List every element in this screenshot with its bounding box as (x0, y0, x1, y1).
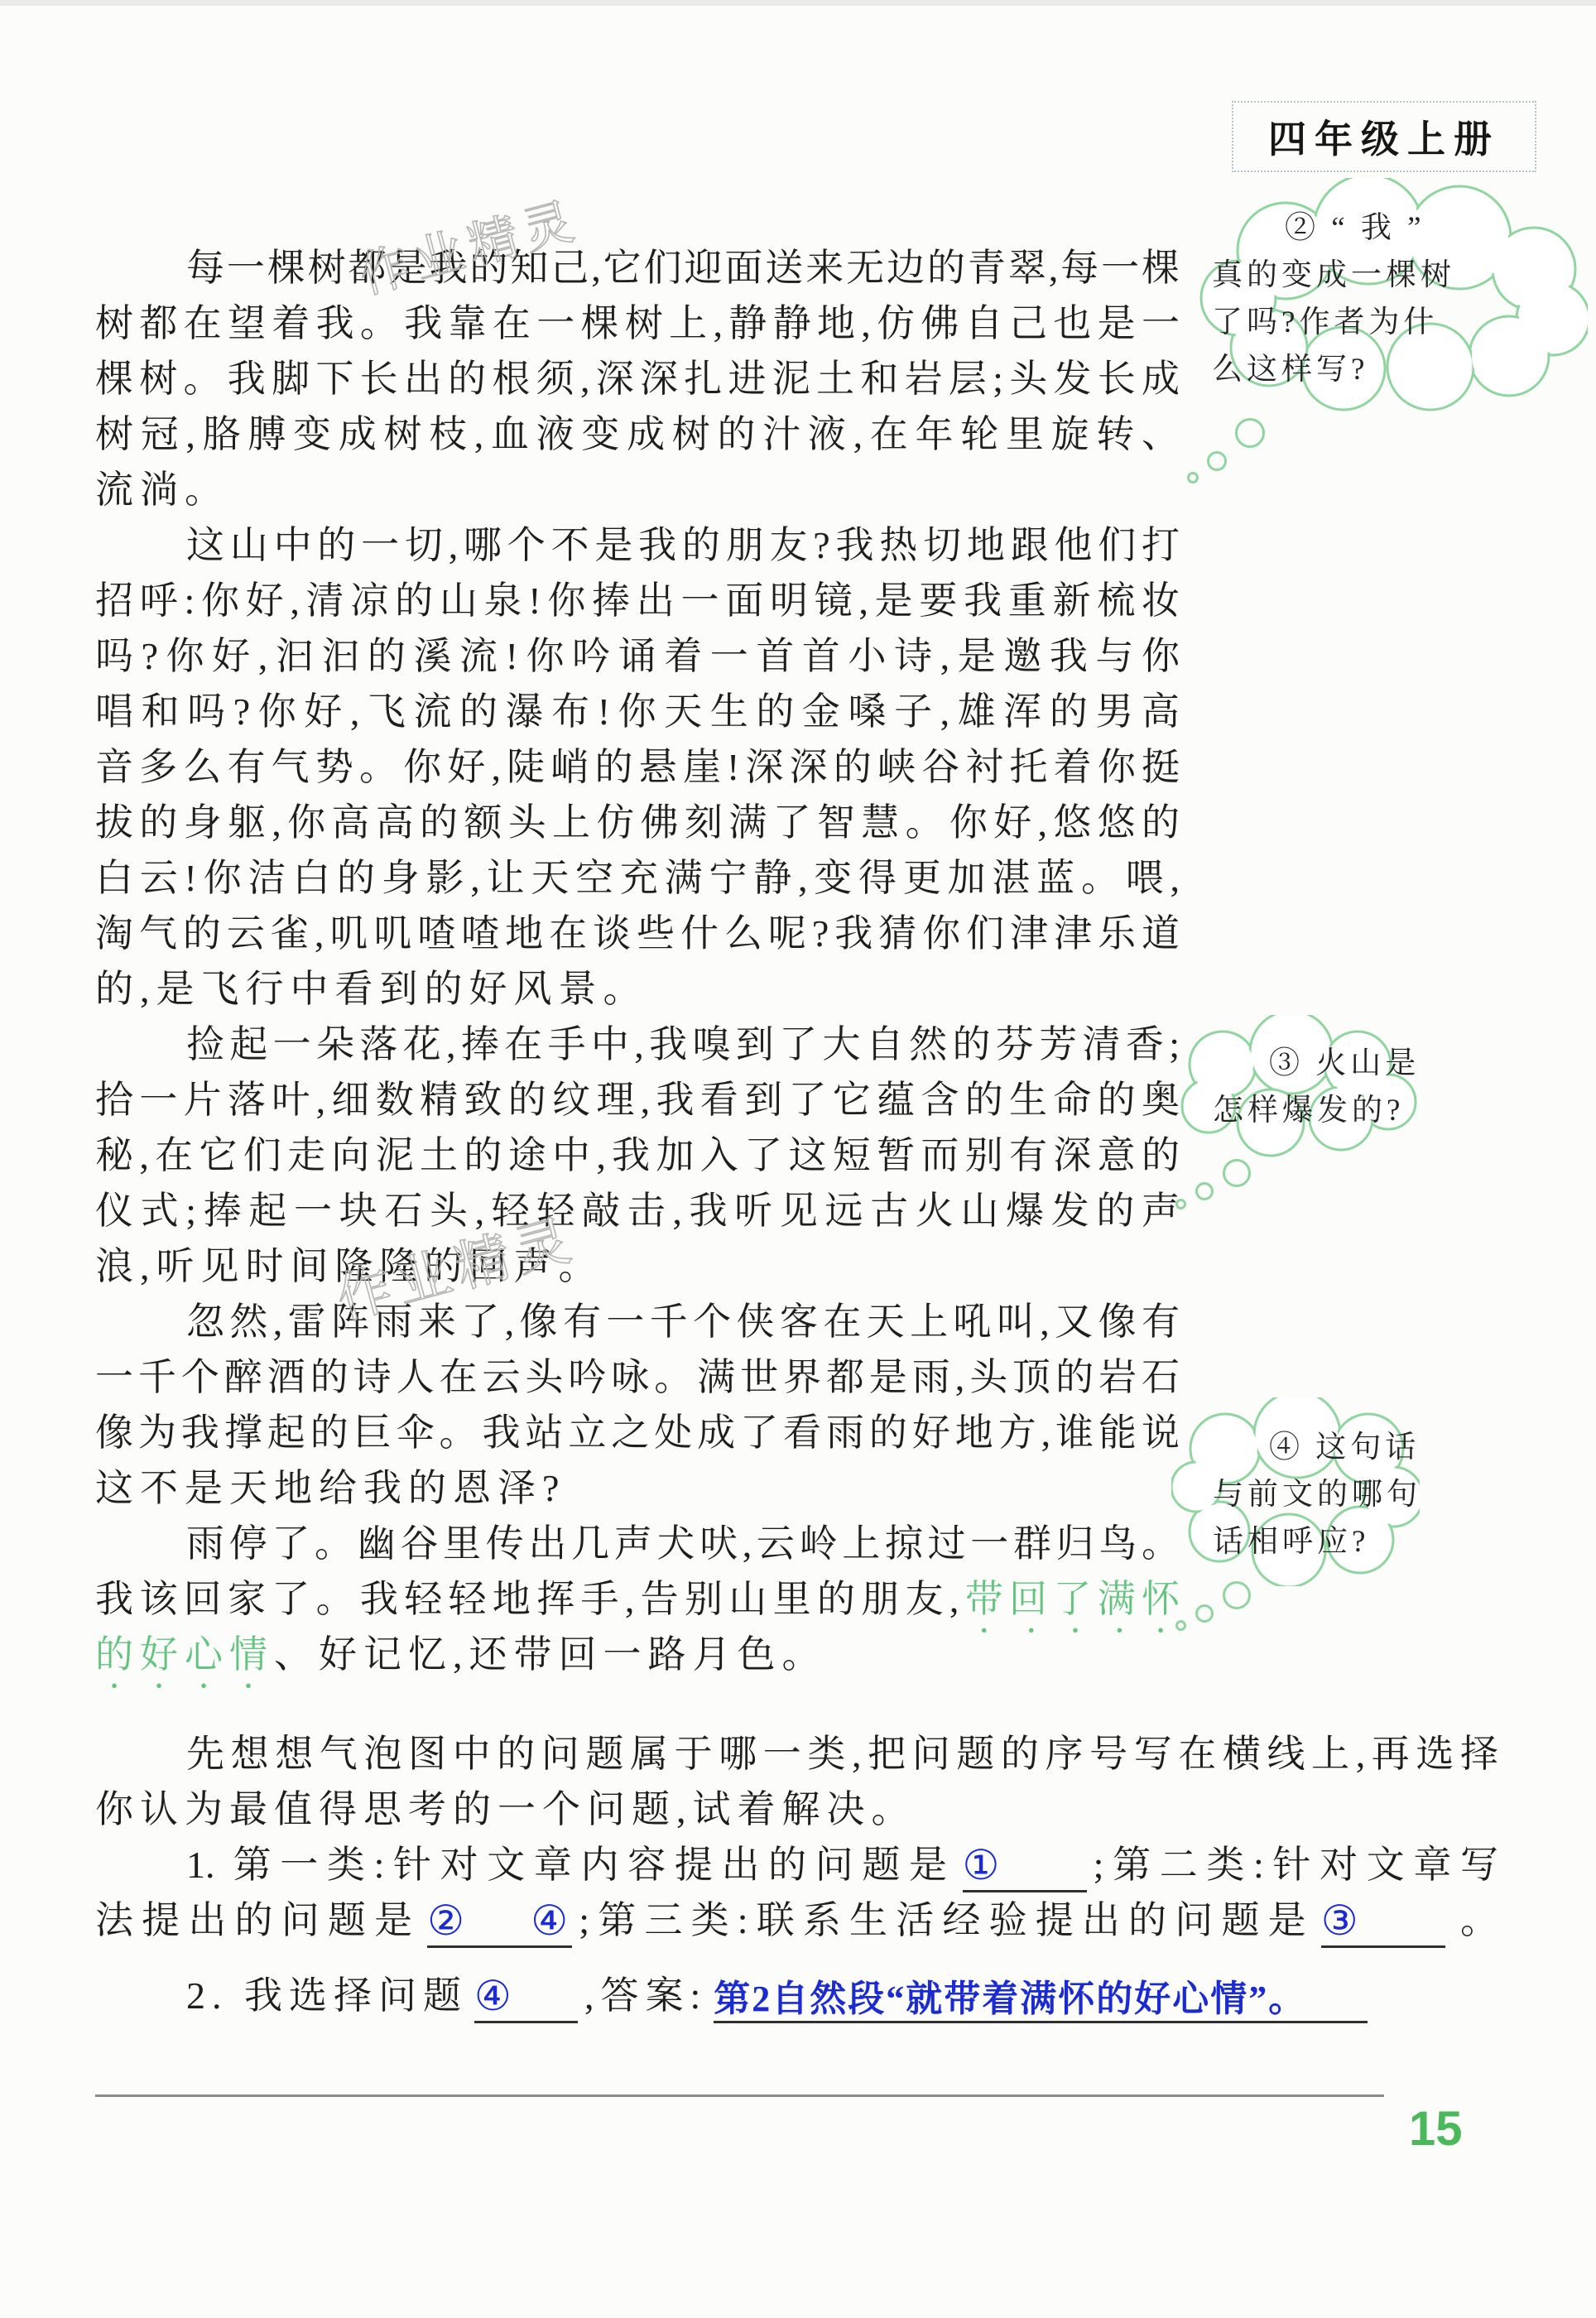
text-run: 忽然,雷阵雨来了,像有一千个侠客在天上吼叫,又像有 (186, 1301, 1180, 1343)
bubble-text-line: 怎样爆发的? (1213, 1087, 1420, 1134)
bubble-question-4: ④ 这句话与前文的哪句话相呼应? (1171, 1397, 1420, 1565)
answer-blank: ③ (1321, 1900, 1445, 1948)
text-run: ;第二类:针对文章写 (1094, 1844, 1498, 1886)
passage-line: 浪,听见时间隆隆的回声。 (95, 1238, 1180, 1294)
bubble-question-3: ③ 火山是怎样爆发的? (1171, 1015, 1420, 1134)
passage-line: 白云!你洁白的身影,让天空充满宁静,变得更加湛蓝。喂, (95, 850, 1180, 906)
thought-bubble-4: ④ 这句话与前文的哪句话相呼应? (1171, 1397, 1420, 1586)
grade-badge-label: 四年级上册 (1268, 109, 1500, 164)
bubble-text-line: ④ 这句话 (1213, 1424, 1420, 1471)
grade-badge: 四年级上册 (1232, 101, 1536, 172)
passage-line: 吗?你好,汩汩的溪流!你吟诵着一首首小诗,是邀我与你 (95, 628, 1180, 684)
text-run: 你认为最值得思考的一个问题,试着解决。 (95, 1788, 916, 1830)
exercise-line: 你认为最值得思考的一个问题,试着解决。 (95, 1782, 1498, 1837)
thought-trail-dot (1195, 1182, 1214, 1200)
passage-line: 秘,在它们走向泥土的途中,我加入了这短暂而别有深意的 (95, 1128, 1180, 1183)
handwritten-answer: ②④ (427, 1897, 572, 1945)
passage-line: 树冠,胳膊变成树枝,血液变成树的汁液,在年轮里旋转、 (95, 406, 1180, 462)
text-run: 一千个醉酒的诗人在云头吟咏。满世界都是雨,头顶的岩石 (95, 1356, 1180, 1398)
text-run: 音多么有气势。你好,陡峭的悬崖!深深的峡谷衬托着你挺 (95, 746, 1180, 788)
thought-trail-dot (1187, 472, 1199, 483)
text-run: 2. 我选择问题 (186, 1974, 468, 2017)
footer-rule (95, 2094, 1384, 2097)
passage-line: 拾一片落叶,细数精致的纹理,我看到了它蕴含的生命的奥 (95, 1072, 1180, 1128)
text-run: 、好记忆,还带回一路月色。 (274, 1633, 827, 1676)
passage-line: 音多么有气势。你好,陡峭的悬崖!深深的峡谷衬托着你挺 (95, 739, 1180, 795)
text-run: 捡起一朵落花,捧在手中,我嗅到了大自然的芬芳清香; (186, 1023, 1180, 1065)
text-run: 像为我撑起的巨伞。我站立之处成了看雨的好地方,谁能说 (95, 1411, 1180, 1454)
thought-trail-dot (1223, 1581, 1251, 1609)
passage-line: 招呼:你好,清凉的山泉!你捧出一面明镜,是要我重新梳妆 (95, 573, 1180, 628)
passage-line: 像为我撑起的巨伞。我站立之处成了看雨的好地方,谁能说 (95, 1405, 1180, 1460)
exercise-line: 2. 我选择问题④,答案:第2自然段“就带着满怀的好心情”。 (95, 1968, 1498, 2023)
passage-line: 唱和吗?你好,飞流的瀑布!你天生的金嗓子,雄浑的男高 (95, 684, 1180, 739)
text-run: 雨停了。幽谷里传出几声犬吠,云岭上掠过一群归鸟。 (186, 1522, 1180, 1565)
passage-line: 的,是飞行中看到的好风景。 (95, 961, 1180, 1017)
textbook-page: 四年级上册 作业精灵 作业精灵 每一棵树都是我的知己,它们迎面送来无边的青翠,每… (0, 0, 1596, 2318)
answer-blank: ① (963, 1844, 1087, 1892)
reading-passage: 每一棵树都是我的知己,它们迎面送来无边的青翠,每一棵树都在望着我。我靠在一棵树上… (95, 240, 1180, 1682)
green-emphasis-text: 的好心情 (95, 1633, 274, 1676)
handwritten-answer: ③ (1321, 1897, 1363, 1945)
text-run: 白云!你洁白的身影,让天空充满宁静,变得更加湛蓝。喂, (95, 857, 1180, 899)
handwritten-answer: ① (963, 1841, 1004, 1889)
exercise-line: 1. 第一类:针对文章内容提出的问题是①;第二类:针对文章写 (95, 1837, 1498, 1892)
passage-line: 我该回家了。我轻轻地挥手,告别山里的朋友,带回了满怀 (95, 1571, 1180, 1627)
text-run: 树都在望着我。我靠在一棵树上,静静地,仿佛自己也是一 (95, 302, 1180, 344)
exercise-section: 先想想气泡图中的问题属于哪一类,把问题的序号写在横线上,再选择你认为最值得思考的… (95, 1726, 1498, 2023)
green-emphasis-text: 带回了满怀 (959, 1578, 1180, 1620)
thought-trail-dot (1195, 1604, 1214, 1623)
thought-trail-dot (1175, 1199, 1186, 1209)
thought-trail-dot (1223, 1159, 1251, 1187)
text-run: 这不是天地给我的恩泽? (95, 1467, 565, 1509)
bubble-text-line: ② “ 我 ” (1212, 204, 1588, 252)
passage-line: 流淌。 (95, 462, 1180, 517)
answer-blank: 第2自然段“就带着满怀的好心情”。 (714, 1975, 1368, 2023)
text-run: 仪式;捧起一块石头,轻轻敲击,我听见远古火山爆发的声 (95, 1190, 1180, 1232)
text-run: 1. 第一类:针对文章内容提出的问题是 (186, 1844, 956, 1886)
text-run: 拾一片落叶,细数精致的纹理,我看到了它蕴含的生命的奥 (95, 1079, 1180, 1121)
handwritten-answer: ④ (474, 1972, 516, 2020)
text-run: 这山中的一切,哪个不是我的朋友?我热切地跟他们打 (186, 524, 1180, 566)
passage-line: 淘气的云雀,叽叽喳喳地在谈些什么呢?我猜你们津津乐道 (95, 906, 1180, 961)
passage-line: 树都在望着我。我靠在一棵树上,静静地,仿佛自己也是一 (95, 296, 1180, 351)
thought-bubble-2: ② “ 我 ”真的变成一棵树了吗?作者为什么这样写? (1199, 178, 1588, 418)
bubble-text-line: ③ 火山是 (1213, 1040, 1420, 1087)
text-run: 招呼:你好,清凉的山泉!你捧出一面明镜,是要我重新梳妆 (95, 579, 1180, 622)
bubble-text-line: 了吗?作者为什 (1212, 299, 1588, 346)
text-run: 吗?你好,汩汩的溪流!你吟诵着一首首小诗,是邀我与你 (95, 635, 1180, 677)
thought-bubble-3: ③ 火山是怎样爆发的? (1171, 1015, 1420, 1160)
bubble-text-line: 真的变成一棵树 (1212, 252, 1588, 299)
text-run: ;第三类:联系生活经验提出的问题是 (579, 1899, 1315, 1941)
text-run: 流淌。 (95, 469, 229, 511)
text-run: ,答案: (584, 1974, 707, 2017)
bubble-text-line: 话相呼应? (1213, 1518, 1420, 1565)
bubble-text-line: 么这样写? (1212, 346, 1588, 393)
passage-line: 捡起一朵落花,捧在手中,我嗅到了大自然的芬芳清香; (95, 1017, 1180, 1072)
passage-line: 这山中的一切,哪个不是我的朋友?我热切地跟他们打 (95, 517, 1180, 573)
passage-line: 雨停了。幽谷里传出几声犬吠,云岭上掠过一群归鸟。 (95, 1516, 1180, 1571)
text-run: 拔的身躯,你高高的额头上仿佛刻满了智慧。你好,悠悠的 (95, 801, 1180, 844)
passage-line: 的好心情、好记忆,还带回一路月色。 (95, 1627, 1180, 1682)
text-run: 的,是飞行中看到的好风景。 (95, 968, 648, 1010)
passage-line: 忽然,雷阵雨来了,像有一千个侠客在天上吼叫,又像有 (95, 1294, 1180, 1349)
text-run: 先想想气泡图中的问题属于哪一类,把问题的序号写在横线上,再选择 (186, 1733, 1498, 1775)
passage-line: 仪式;捧起一块石头,轻轻敲击,我听见远古火山爆发的声 (95, 1183, 1180, 1238)
passage-line: 一千个醉酒的诗人在云头吟咏。满世界都是雨,头顶的岩石 (95, 1349, 1180, 1405)
text-run: 秘,在它们走向泥土的途中,我加入了这短暂而别有深意的 (95, 1134, 1180, 1176)
text-run: 每一棵树都是我的知己,它们迎面送来无边的青翠,每一棵 (186, 247, 1180, 289)
text-run: 树冠,胳膊变成树枝,血液变成树的汁液,在年轮里旋转、 (95, 413, 1180, 455)
answer-blank: ④ (474, 1975, 578, 2023)
passage-line: 这不是天地给我的恩泽? (95, 1460, 1180, 1516)
passage-line: 棵树。我脚下长出的根须,深深扎进泥土和岩层;头发长成 (95, 351, 1180, 406)
handwritten-answer: 第2自然段“就带着满怀的好心情”。 (714, 1979, 1306, 2019)
text-run: 。 (1452, 1899, 1498, 1941)
thought-trail-dot (1175, 1620, 1186, 1631)
text-run: 棵树。我脚下长出的根须,深深扎进泥土和岩层;头发长成 (95, 358, 1180, 400)
bubble-question-2: ② “ 我 ”真的变成一棵树了吗?作者为什么这样写? (1199, 178, 1588, 393)
exercise-line: 法提出的问题是②④;第三类:联系生活经验提出的问题是③。 (95, 1892, 1498, 1948)
passage-line: 拔的身躯,你高高的额头上仿佛刻满了智慧。你好,悠悠的 (95, 795, 1180, 850)
text-run: 淘气的云雀,叽叽喳喳地在谈些什么呢?我猜你们津津乐道 (95, 912, 1180, 955)
text-run: 我该回家了。我轻轻地挥手,告别山里的朋友, (95, 1578, 959, 1620)
exercise-line: 先想想气泡图中的问题属于哪一类,把问题的序号写在横线上,再选择 (95, 1726, 1498, 1782)
text-run: 法提出的问题是 (95, 1899, 421, 1941)
text-run: 唱和吗?你好,飞流的瀑布!你天生的金嗓子,雄浑的男高 (95, 690, 1180, 733)
answer-blank: ②④ (427, 1900, 572, 1948)
passage-line: 每一棵树都是我的知己,它们迎面送来无边的青翠,每一棵 (95, 240, 1180, 296)
page-number: 15 (1409, 2101, 1463, 2157)
thought-trail-dot (1207, 451, 1227, 471)
bubble-text-line: 与前文的哪句 (1213, 1471, 1420, 1518)
scan-edge (0, 0, 1596, 6)
thought-trail-dot (1235, 418, 1265, 448)
